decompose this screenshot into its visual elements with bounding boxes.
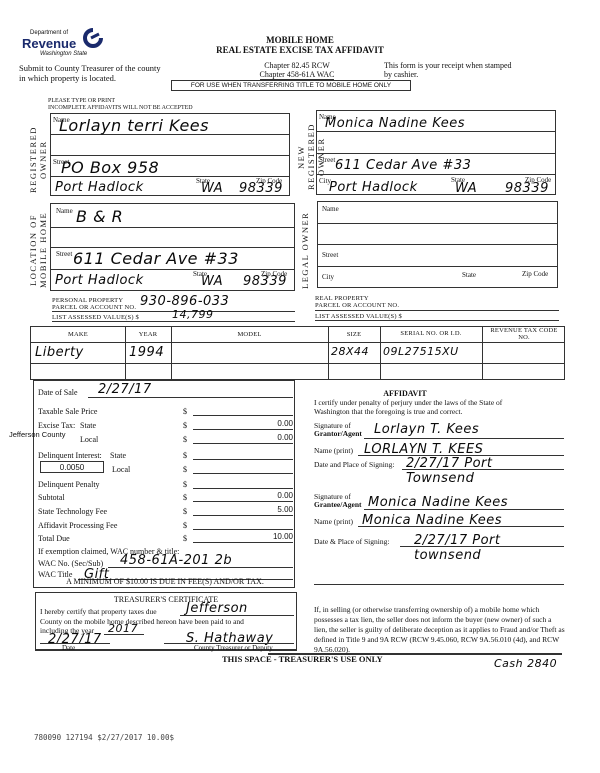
ro-name-line2[interactable] bbox=[51, 135, 289, 156]
new-owner-box: Name Monica Nadine Kees Street 611 Cedar… bbox=[316, 110, 556, 195]
registered-owner-box: Name Lorlayn terri Kees Street PO Box 95… bbox=[50, 113, 290, 196]
header-serial: SERIAL NO. or I.D. bbox=[380, 330, 482, 337]
receipt-note: This form is your receipt when stamped b… bbox=[384, 61, 512, 79]
interest-rate-box[interactable]: 0.0050 bbox=[40, 461, 104, 473]
grantor-signature-field[interactable]: Signature of Grantor/Agent Lorlayn T. Ke… bbox=[314, 422, 564, 440]
ro-street-field[interactable]: Street PO Box 958 bbox=[51, 156, 289, 177]
treasurer-use-label: THIS SPACE - TREASURER'S USE ONLY bbox=[222, 654, 383, 664]
wac-no-field[interactable]: WAC No. (Sec/Sub) 458-61A-201 2b bbox=[38, 557, 293, 568]
grantee-date-place-field[interactable]: Date & Place of Signing: 2/27/17 Port to… bbox=[314, 533, 564, 547]
cashier-stamp: 780090 127194 $2/27/2017 10.00$ bbox=[34, 733, 174, 742]
tech-fee-value[interactable]: 5.00 bbox=[193, 505, 293, 516]
ro-city-field[interactable]: Port Hadlock State WA Zip Code 98339 bbox=[51, 177, 289, 197]
nro-name-line2[interactable] bbox=[317, 132, 555, 154]
total-due-value[interactable]: 10.00 bbox=[193, 532, 293, 543]
title-line-2: REAL ESTATE EXCISE TAX AFFIDAVIT bbox=[200, 45, 400, 55]
handwritten-cash-note: Cash 2840 bbox=[494, 657, 557, 670]
real-assessed-field[interactable]: LIST ASSESSED VALUE(S) $ bbox=[315, 311, 559, 321]
header-size: SIZE bbox=[328, 331, 380, 338]
lo-name-line2[interactable] bbox=[318, 224, 557, 245]
grantee-name-field[interactable]: Name (print) Monica Nadine Kees bbox=[314, 513, 564, 527]
cell-serial[interactable]: 09L27515XU bbox=[383, 345, 459, 358]
registered-owner-section-label: REGISTEREDOWNER bbox=[28, 125, 48, 195]
processing-fee-row: Affidavit Processing Fee$ bbox=[38, 517, 293, 530]
affidavit-certify: I certify under penalty of perjury under… bbox=[314, 398, 502, 416]
header-make: MAKE bbox=[31, 331, 125, 338]
dor-logo: Department of Revenue Washington State bbox=[22, 26, 112, 62]
taxable-price-row: Taxable Sale Price$ bbox=[38, 403, 293, 416]
minimum-notice: A MINIMUM OF $10.00 IS DUE IN FEE(S) AND… bbox=[34, 577, 296, 586]
logo-swirl-icon bbox=[82, 28, 104, 48]
excise-local-value[interactable]: 0.00 bbox=[193, 433, 293, 444]
logo-revenue-text: Revenue bbox=[22, 36, 76, 51]
cell-year[interactable]: 1994 bbox=[129, 345, 164, 360]
header-revenue-code: REVENUE TAX CODE NO. bbox=[487, 327, 561, 341]
tech-fee-row: State Technology Fee$5.00 bbox=[38, 503, 293, 516]
excise-state-value[interactable]: 0.00 bbox=[193, 419, 293, 430]
subtotal-value[interactable]: 0.00 bbox=[193, 491, 293, 502]
treasurer-date-field[interactable]: 2/27/17 Date bbox=[40, 635, 110, 650]
real-parcel-field[interactable]: REAL PROPERTY PARCEL or ACCOUNT NO. bbox=[315, 294, 559, 311]
delinquent-interest-local-row: Local$ bbox=[112, 461, 293, 474]
treasurer-county-field[interactable]: I hereby certify that property taxes due… bbox=[40, 605, 294, 616]
mobile-home-table: MAKE YEAR MODEL SIZE SERIAL NO. or I.D. … bbox=[30, 326, 565, 380]
submit-instructions: Submit to County Treasurer of the county… bbox=[19, 63, 161, 83]
logo-state-text: Washington State bbox=[40, 51, 87, 57]
personal-assessed-field[interactable]: LIST ASSESSED VALUE(S) $ 14,799 bbox=[52, 312, 295, 322]
grantee-signature-field[interactable]: Signature of Grantee/Agent Monica Nadine… bbox=[314, 493, 564, 511]
lo-street-field[interactable]: Street bbox=[318, 245, 557, 267]
cell-make[interactable]: Liberty bbox=[35, 345, 84, 360]
nro-city-field[interactable]: City Port Hadlock State WA Zip Code 9833… bbox=[317, 175, 555, 196]
grantor-date-place-field[interactable]: Date and Place of Signing: 2/27/17 Port … bbox=[314, 456, 564, 470]
transfer-banner: FOR USE WHEN TRANSFERRING TITLE TO MOBIL… bbox=[171, 80, 411, 91]
nro-name-field[interactable]: Name Monica Nadine Kees bbox=[317, 111, 555, 132]
affidavit-title: AFFIDAVIT bbox=[300, 389, 510, 398]
treasurer-signature-field[interactable]: S. Hathaway County Treasurer or Deputy bbox=[164, 635, 294, 650]
form-title: MOBILE HOME REAL ESTATE EXCISE TAX AFFID… bbox=[200, 35, 400, 55]
cell-model[interactable] bbox=[173, 345, 323, 361]
excise-local-row: Local$0.00 bbox=[38, 431, 293, 444]
date-of-sale-field[interactable]: Date of Sale 2/27/17 bbox=[38, 385, 293, 398]
print-instructions: PLEASE TYPE OR PRINT INCOMPLETE AFFIDAVI… bbox=[48, 98, 193, 112]
location-section-label: LOCATION OFMOBILE HOME bbox=[28, 210, 48, 290]
subtotal-row: Subtotal$0.00 bbox=[38, 489, 293, 502]
header-model: MODEL bbox=[171, 331, 328, 338]
ro-name-field[interactable]: Name Lorlayn terri Kees bbox=[51, 114, 289, 135]
location-box: Name B & R Street 611 Cedar Ave #33 Port… bbox=[50, 203, 295, 291]
nro-street-field[interactable]: Street 611 Cedar Ave #33 bbox=[317, 154, 555, 175]
treasurer-title: TREASURER'S CERTIFICATE bbox=[36, 595, 296, 604]
loc-city-field[interactable]: Port Hadlock State WA Zip Code 98339 bbox=[51, 270, 294, 292]
legal-owner-section-label: LEGAL OWNER bbox=[300, 210, 310, 290]
delinquent-interest-state-row: Delinquent Interest:State$ bbox=[38, 447, 293, 460]
title-line-1: MOBILE HOME bbox=[200, 35, 400, 45]
taxable-value[interactable] bbox=[193, 405, 293, 416]
cell-revenue-code[interactable] bbox=[485, 345, 563, 361]
grantor-name-field[interactable]: Name (print) LORLAYN T. KEES bbox=[314, 442, 564, 456]
loc-name-field[interactable]: Name B & R bbox=[51, 204, 294, 228]
lo-name-field[interactable]: Name bbox=[318, 202, 557, 224]
lo-city-field[interactable]: City State Zip Code bbox=[318, 267, 557, 289]
excise-state-row: Excise Tax:State$0.00 bbox=[38, 417, 293, 430]
cell-size[interactable]: 28X44 bbox=[331, 345, 369, 358]
loc-name-line2[interactable] bbox=[51, 228, 294, 248]
loc-street-field[interactable]: Street 611 Cedar Ave #33 bbox=[51, 248, 294, 270]
header-year: YEAR bbox=[125, 331, 171, 338]
legal-owner-box: Name Street City State Zip Code bbox=[317, 201, 558, 288]
delinquent-penalty-row: Delinquent Penalty$ bbox=[38, 476, 293, 489]
total-due-row: Total Due$10.00 bbox=[38, 530, 293, 543]
tax-lien-warning: If, in selling (or otherwise transferrin… bbox=[314, 605, 566, 655]
tax-calculation-box: Date of Sale 2/27/17 Taxable Sale Price$… bbox=[33, 380, 295, 588]
chapter-refs: Chapter 82.45 RCW Chapter 458-61A WAC bbox=[238, 61, 356, 80]
affidavit-separator bbox=[314, 584, 564, 585]
treasurer-certificate-box: TREASURER'S CERTIFICATE I hereby certify… bbox=[35, 592, 297, 651]
